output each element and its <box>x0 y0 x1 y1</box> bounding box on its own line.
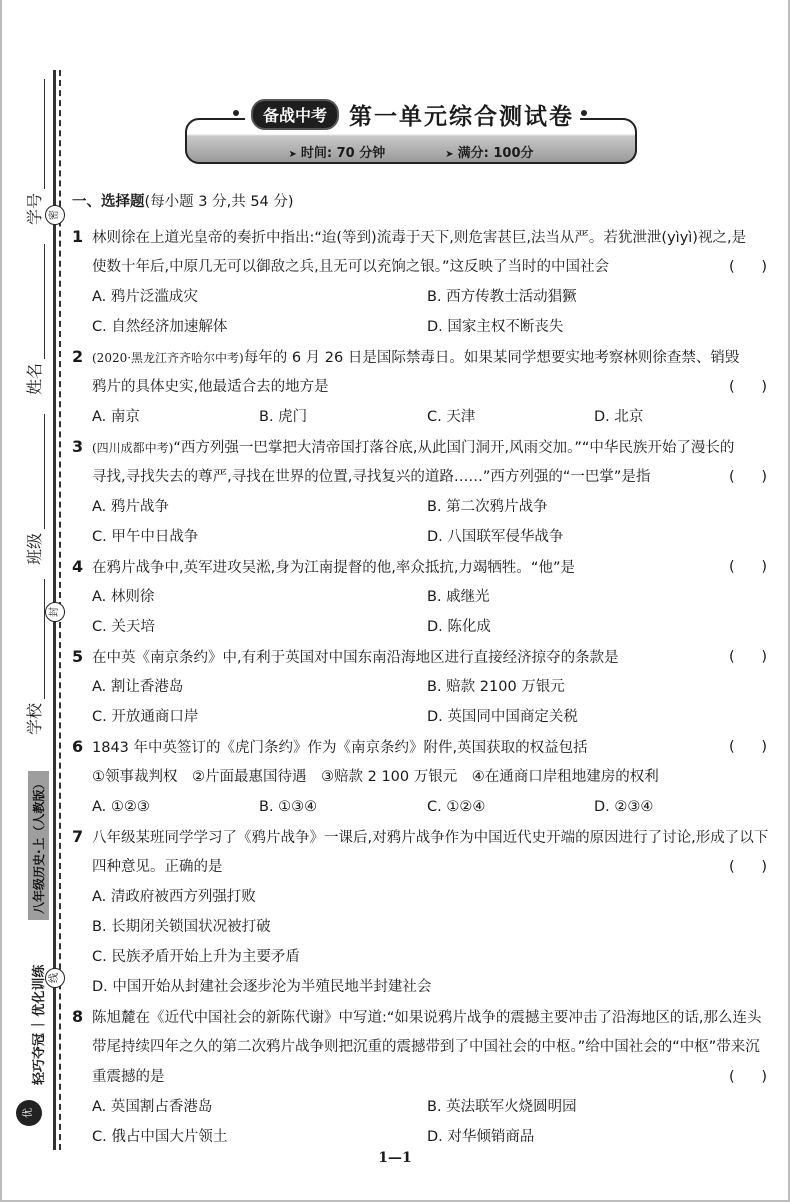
brand-label: 轻巧夺冠 | 优化训练 <box>28 965 47 1085</box>
brand-name: 轻巧夺冠 <box>28 1033 47 1085</box>
section-heading-title: 一、选择题 <box>72 194 145 210</box>
option-d[interactable]: D. 中国开始从封建社会逐步沦为半殖民地半封建社会 <box>92 972 431 1002</box>
option-a[interactable]: A. 割让香港岛 <box>92 672 183 702</box>
question-number: 3 <box>72 432 92 462</box>
option-d[interactable]: D. 北京 <box>594 402 643 432</box>
full-score: ➤满分: 100分 <box>445 142 533 161</box>
question-number: 7 <box>72 822 92 852</box>
option-c[interactable]: C. 俄占中国大片领土 <box>92 1122 227 1152</box>
option-a[interactable]: A. 英国割占香港岛 <box>92 1092 212 1122</box>
question-2: 2(2020·黑龙江齐齐哈尔中考)每年的 6 月 26 日是国际禁毒日。如果某同… <box>72 342 777 432</box>
question-7: 7八年级某班同学学习了《鸦片战争》一课后,对鸦片战争作为中国近代史开端的原因进行… <box>72 822 777 1002</box>
option-c[interactable]: C. 自然经济加速解体 <box>92 312 227 342</box>
answer-blank[interactable]: () <box>729 732 767 762</box>
answer-blank[interactable]: () <box>729 552 767 582</box>
option-b[interactable]: B. ①③④ <box>259 792 317 822</box>
question-5: 5在中英《南京条约》中,有利于英国对中国东南沿海地区进行直接经济掠夺的条款是 (… <box>72 642 777 732</box>
option-b[interactable]: B. 长期闭关锁国状况被打破 <box>92 912 271 942</box>
banner-title-row: 备战中考 第一单元综合测试卷 <box>245 96 580 132</box>
question-text: 在中英《南京条约》中,有利于英国对中国东南沿海地区进行直接经济掠夺的条款是 <box>92 650 619 666</box>
question-8: 8陈旭麓在《近代中国社会的新陈代谢》中写道:“如果说鸦片战争的震撼主要冲击了沿海… <box>72 1002 777 1152</box>
seal-mark-mi: 密 <box>45 205 65 225</box>
question-3: 3(四川成都中考)“西方列强一巴掌把大清帝国打落谷底,从此国门洞开,风雨交加。”… <box>72 432 777 552</box>
brand-logo-icon: 优 <box>16 1100 42 1126</box>
option-c[interactable]: C. ①②④ <box>427 792 485 822</box>
question-text: 四种意见。正确的是 <box>92 859 223 875</box>
section-heading: 一、选择题(每小题 3 分,共 54 分) <box>72 190 777 212</box>
series-tag: 八年级历史·上（人教版） <box>28 771 49 920</box>
option-b[interactable]: B. 赔款 2100 万银元 <box>427 672 565 702</box>
banner-dot-right <box>581 110 587 116</box>
page-edge-left <box>0 0 2 1202</box>
field-name-label: 姓名 <box>22 363 45 395</box>
option-c[interactable]: C. 民族矛盾开始上升为主要矛盾 <box>92 942 300 972</box>
page-title: 第一单元综合测试卷 <box>349 98 574 131</box>
question-number: 1 <box>72 222 92 252</box>
seal-mark-xian: 线 <box>45 968 65 988</box>
answer-blank[interactable]: () <box>729 1062 767 1092</box>
field-class-blank[interactable] <box>43 414 45 529</box>
option-c[interactable]: C. 天津 <box>427 402 475 432</box>
question-number: 6 <box>72 732 92 762</box>
answer-blank[interactable]: () <box>729 642 767 672</box>
answer-blank[interactable]: () <box>729 372 767 402</box>
question-text: “西方列强一巴掌把大清帝国打落谷底,从此国门洞开,风雨交加。”“中华民族开始了漫… <box>173 440 734 456</box>
option-a[interactable]: A. 鸦片战争 <box>92 492 169 522</box>
field-class-label: 班级 <box>22 533 45 565</box>
question-text: 林则徐在上道光皇帝的奏折中指出:“迨(等到)流毒于天下,则危害甚巨,法当从严。若… <box>92 230 746 246</box>
brand-subtitle: 优化训练 <box>28 965 47 1017</box>
page-number: 1—1 <box>0 1150 790 1166</box>
question-text: 在鸦片战争中,英军进攻吴淞,身为江南提督的他,率众抵抗,力竭牺牲。“他”是 <box>92 560 575 576</box>
option-d[interactable]: D. 陈化成 <box>427 612 491 642</box>
question-source: (2020·黑龙江齐齐哈尔中考) <box>92 351 244 365</box>
option-a[interactable]: A. 林则徐 <box>92 582 154 612</box>
section-heading-note: (每小题 3 分,共 54 分) <box>145 194 294 210</box>
seal-mark-feng: 封 <box>45 602 65 622</box>
option-d[interactable]: D. 对华倾销商品 <box>427 1122 534 1152</box>
answer-blank[interactable]: () <box>729 462 767 492</box>
full-score-text: 满分: 100分 <box>458 146 534 161</box>
field-class: 班级 <box>22 414 45 565</box>
field-school: 学校 <box>22 579 45 735</box>
option-c[interactable]: C. 开放通商口岸 <box>92 702 198 732</box>
question-4: 4在鸦片战争中,英军进攻吴淞,身为江南提督的他,率众抵抗,力竭牺牲。“他”是 (… <box>72 552 777 642</box>
option-a[interactable]: A. 南京 <box>92 402 140 432</box>
question-number: 2 <box>72 342 92 372</box>
answer-blank[interactable]: () <box>729 252 767 282</box>
time-limit-text: 时间: 70 分钟 <box>301 146 385 161</box>
option-b[interactable]: B. 西方传教士活动猖獗 <box>427 282 577 312</box>
question-text: 八年级某班同学学习了《鸦片战争》一课后,对鸦片战争作为中国近代史开端的原因进行了… <box>92 830 768 846</box>
field-name: 姓名 <box>22 244 45 395</box>
option-b[interactable]: B. 戚继光 <box>427 582 490 612</box>
option-a[interactable]: A. ①②③ <box>92 792 150 822</box>
brand-separator: | <box>30 1023 45 1027</box>
option-b[interactable]: B. 第二次鸦片战争 <box>427 492 548 522</box>
question-text: 寻找,寻找失去的尊严,寻找在世界的位置,寻找复兴的道路……”西方列强的“一巴掌”… <box>92 469 650 485</box>
option-b[interactable]: B. 英法联军火烧圆明园 <box>427 1092 577 1122</box>
field-student-id-label: 学号 <box>22 193 45 225</box>
option-d[interactable]: D. ②③④ <box>594 792 653 822</box>
question-1: 1林则徐在上道光皇帝的奏折中指出:“迨(等到)流毒于天下,则危害甚巨,法当从严。… <box>72 222 777 342</box>
question-text: 1843 年中英签订的《虎门条约》作为《南京条约》附件,英国获取的权益包括 <box>92 740 588 756</box>
banner-dot-left <box>233 110 239 116</box>
option-d[interactable]: D. 国家主权不断丧失 <box>427 312 563 342</box>
option-c[interactable]: C. 关天培 <box>92 612 155 642</box>
question-items: ①领事裁判权 ②片面最惠国待遇 ③赔款 2 100 万银元 ④在通商口岸租地建房… <box>92 769 659 785</box>
banner-info: ➤时间: 70 分钟 ➤满分: 100分 <box>185 142 637 161</box>
option-d[interactable]: D. 英国同中国商定关税 <box>427 702 578 732</box>
badge-exam-prep: 备战中考 <box>251 99 339 130</box>
question-number: 5 <box>72 642 92 672</box>
question-text: 带尾持续四年之久的第二次鸦片战争则把沉重的震撼带到了中国社会的中枢。”给中国社会… <box>92 1039 760 1055</box>
field-school-label: 学校 <box>22 703 45 735</box>
question-text: 鸦片的具体史实,他最适合去的地方是 <box>92 379 329 395</box>
field-school-blank[interactable] <box>43 579 45 699</box>
question-number: 4 <box>72 552 92 582</box>
title-banner: 备战中考 第一单元综合测试卷 ➤时间: 70 分钟 ➤满分: 100分 <box>185 96 637 166</box>
field-student-id: 学号 <box>22 79 45 225</box>
question-text: 使数十年后,中原几无可以御敌之兵,且无可以充饷之银。”这反映了当时的中国社会 <box>92 259 609 275</box>
arrow-icon: ➤ <box>289 149 297 160</box>
field-student-id-blank[interactable] <box>43 79 45 189</box>
option-d[interactable]: D. 八国联军侵华战争 <box>427 522 563 552</box>
time-limit: ➤时间: 70 分钟 <box>289 142 386 161</box>
arrow-icon: ➤ <box>445 149 453 160</box>
question-text: 陈旭麓在《近代中国社会的新陈代谢》中写道:“如果说鸦片战争的震撼主要冲击了沿海地… <box>92 1010 762 1026</box>
option-a[interactable]: A. 清政府被西方列强打败 <box>92 882 256 912</box>
question-text: 每年的 6 月 26 日是国际禁毒日。如果某同学想要实地考察林则徐查禁、销毁 <box>244 350 740 366</box>
question-text: 重震撼的是 <box>92 1069 165 1085</box>
option-c[interactable]: C. 甲午中日战争 <box>92 522 198 552</box>
answer-blank[interactable]: () <box>729 852 767 882</box>
question-6: 61843 年中英签订的《虎门条约》作为《南京条约》附件,英国获取的权益包括 (… <box>72 732 777 822</box>
question-source: (四川成都中考) <box>92 441 173 455</box>
option-b[interactable]: B. 虎门 <box>259 402 307 432</box>
exam-content: 一、选择题(每小题 3 分,共 54 分) 1林则徐在上道光皇帝的奏折中指出:“… <box>72 190 777 1152</box>
option-a[interactable]: A. 鸦片泛滥成灾 <box>92 282 198 312</box>
field-name-blank[interactable] <box>43 244 45 359</box>
question-number: 8 <box>72 1002 92 1032</box>
